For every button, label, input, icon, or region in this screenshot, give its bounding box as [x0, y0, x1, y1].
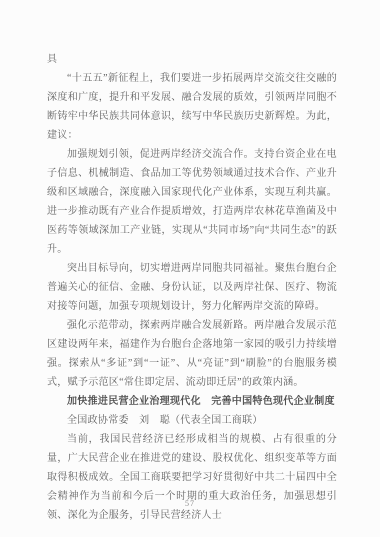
author-line: 全国政协常委 刘 聪（代表全国工商联） [47, 411, 337, 430]
text-block: 具 “十五五”新征程上，我们要进一步拓展两岸交流交往交融的深度和广度，提升和平发… [47, 50, 337, 525]
paragraph-cross-strait-intro: “十五五”新征程上，我们要进一步拓展两岸交流交往交融的深度和广度，提升和平发展、… [47, 69, 337, 145]
page-number: 57 [0, 499, 380, 508]
paragraph-goal-orientation: 突出目标导向，切实增进两岸同胞共同福祉。聚焦台胞台企普遍关心的征信、金融、身份认… [47, 259, 337, 316]
section-heading: 加快推进民营企业治理现代化 完善中国特色现代企业制度 [47, 392, 337, 411]
document-page: 具 “十五五”新征程上，我们要进一步拓展两岸交流交往交融的深度和广度，提升和平发… [0, 0, 380, 537]
paragraph-private-economy: 当前，我国民营经济已经形成相当的规模、占有很重的分量，广大民营企业在推进党的建设… [47, 430, 337, 525]
paragraph-economic-cooperation: 加强规划引领，促进两岸经济交流合作。支持台资企业在电子信息、机械制造、食品加工等… [47, 145, 337, 259]
paragraph-demonstration-zone: 强化示范带动，探索两岸融合发展新路。两岸融合发展示范区建设两年来，福建作为台胞台… [47, 316, 337, 392]
continuation-line: 具 [47, 50, 337, 69]
